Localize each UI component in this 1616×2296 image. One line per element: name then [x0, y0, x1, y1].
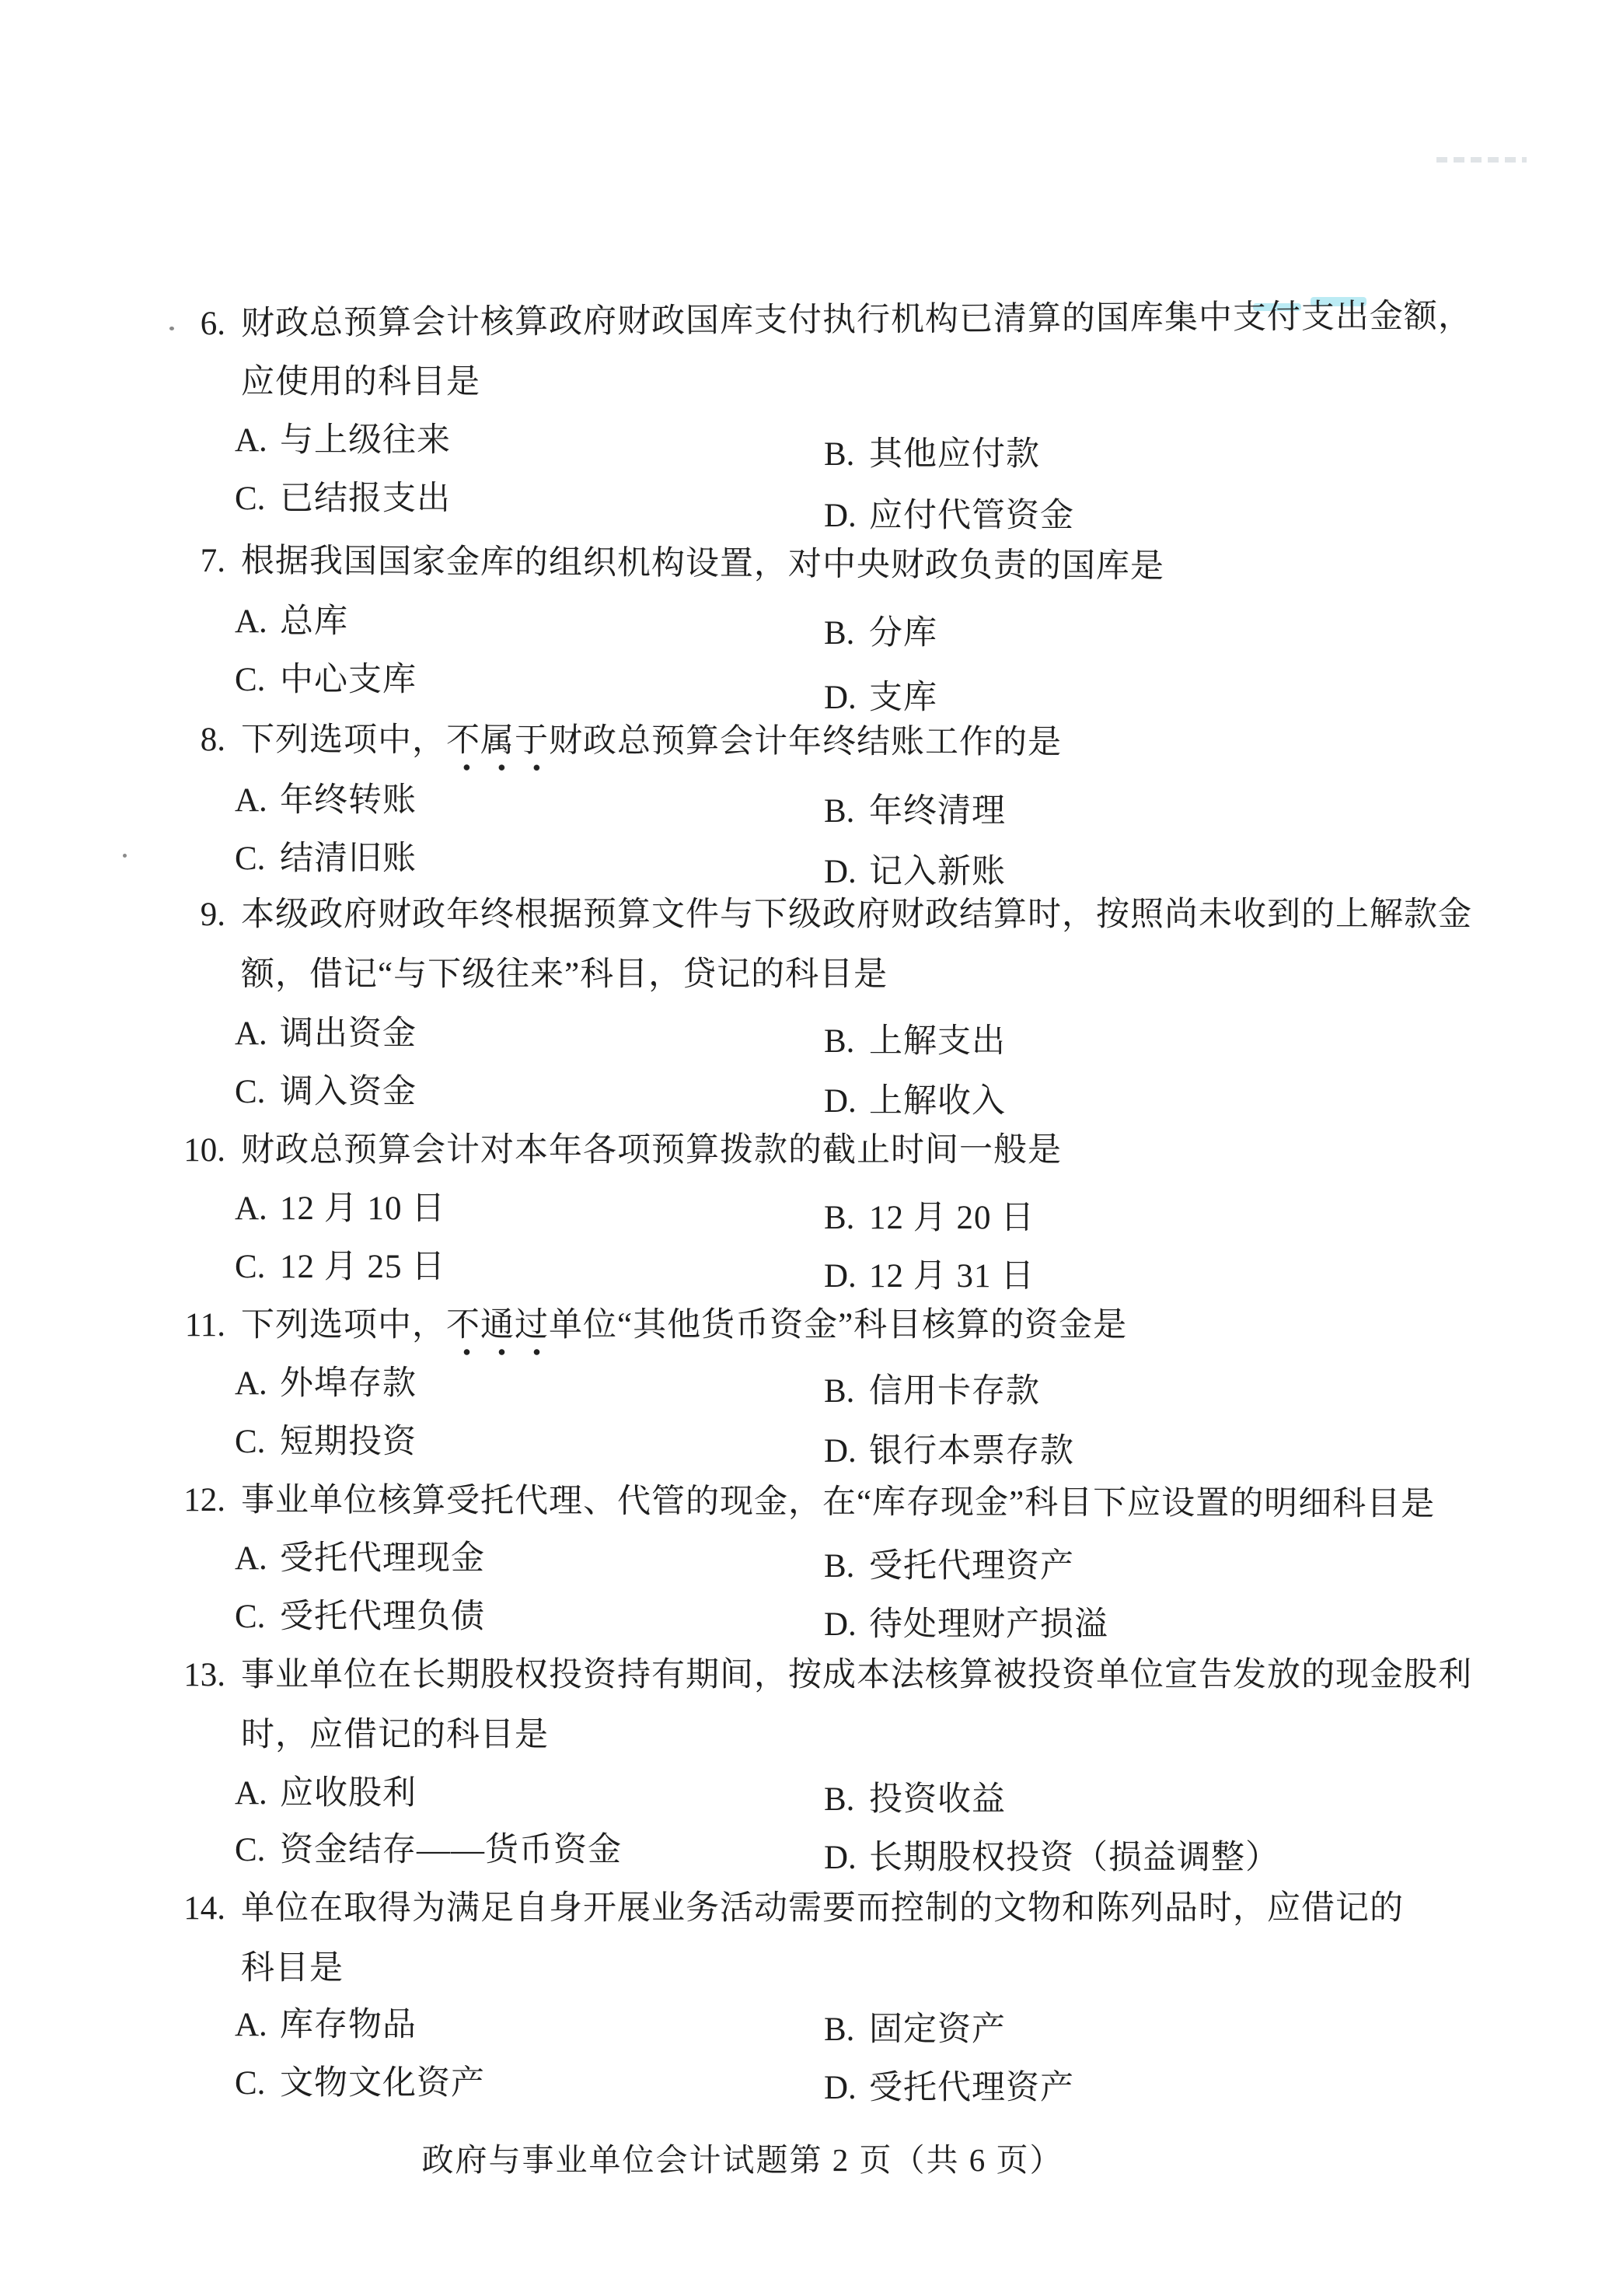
option-text: 文物文化资产 [280, 2065, 485, 2102]
question-8-number: 8. [134, 723, 225, 757]
question-10-line-1: 财政总预算会计对本年各项预算拨款的截止时间一般是 [241, 1134, 1062, 1167]
option-text: 调出资金 [280, 1015, 417, 1052]
option-text: 投资收益 [869, 1781, 1006, 1818]
question-6-line-1: 财政总预算会计核算政府财政国库支付执行机构已清算的国库集中支付支出金额， [241, 299, 1472, 341]
option-text: 年终转账 [280, 782, 417, 819]
option-text: 受托代理资产 [869, 1548, 1074, 1585]
option-label: B. [824, 617, 869, 650]
question-text-emphasized: 不通过 [446, 1307, 549, 1356]
question-11-option-c: C.短期投资 [235, 1425, 417, 1459]
question-14-number: 14. [134, 1892, 225, 1925]
option-text: 调入资金 [280, 1074, 417, 1110]
option-label: A. [235, 1367, 280, 1400]
option-label: C. [235, 1075, 280, 1109]
option-label: C. [235, 842, 280, 875]
option-label: C. [235, 2067, 280, 2100]
option-label: D. [824, 1435, 869, 1468]
question-12-option-b: B.受托代理资产 [824, 1550, 1074, 1583]
option-label: D. [824, 1841, 869, 1875]
option-text: 外埠存款 [280, 1365, 417, 1402]
option-label: B. [824, 795, 869, 828]
option-text: 中心支库 [280, 662, 417, 698]
question-6-number: 6. [134, 307, 225, 341]
question-9-option-d: D.上解收入 [824, 1085, 1006, 1118]
option-text: 与上级往来 [280, 422, 451, 459]
option-text: 其他应付款 [869, 436, 1040, 473]
question-13-line-1: 事业单位在长期股权投资持有期间，按成本法核算被投资单位宣告发放的现金股利 [241, 1658, 1472, 1692]
option-label: B. [824, 1375, 869, 1408]
question-8-option-b: B.年终清理 [824, 795, 1006, 828]
question-13-option-b: B.投资收益 [824, 1783, 1006, 1816]
question-7-number: 7. [134, 544, 225, 578]
option-label: A. [235, 1017, 280, 1050]
option-text: 长期股权投资（损益调整） [869, 1840, 1279, 1876]
option-label: D. [824, 499, 869, 533]
question-6-option-c: C.已结报支出 [235, 482, 451, 515]
question-text-emphasized: 不属于 [446, 722, 549, 771]
question-6-option-d: D.应付代管资金 [824, 499, 1074, 533]
question-7-option-b: B.分库 [824, 617, 937, 650]
question-13-option-d: D.长期股权投资（损益调整） [824, 1841, 1279, 1875]
option-text: 已结报支出 [280, 481, 451, 517]
option-text: 上解支出 [869, 1023, 1006, 1060]
option-label: D. [824, 2071, 869, 2105]
option-label: C. [235, 1600, 280, 1634]
question-12-number: 12. [134, 1483, 225, 1517]
question-13-number: 13. [134, 1658, 225, 1692]
question-10-option-b: B.12 月 20 日 [824, 1201, 1035, 1235]
option-text: 信用卡存款 [869, 1373, 1040, 1410]
question-10-number: 10. [134, 1134, 225, 1167]
question-7-option-c: C.中心支库 [235, 663, 417, 697]
question-text: 下列选项中， [241, 722, 446, 759]
option-label: A. [235, 1192, 280, 1225]
option-label: B. [824, 1783, 869, 1816]
question-text: 单位“其他货币资金”科目核算的资金是 [549, 1307, 1127, 1344]
option-label: A. [235, 605, 280, 638]
scan-speck [123, 854, 127, 858]
question-14-line-1: 单位在取得为满足自身开展业务活动需要而控制的文物和陈列品时，应借记的 [241, 1892, 1404, 1925]
question-7-option-a: A.总库 [235, 605, 348, 638]
option-text: 记入新账 [869, 854, 1006, 890]
page-footer: 政府与事业单位会计试题第 2 页（共 6 页） [0, 2134, 1485, 2180]
option-label: D. [824, 1085, 869, 1118]
option-text: 受托代理现金 [280, 1540, 485, 1577]
option-label: B. [824, 1025, 869, 1058]
question-7-option-d: D.支库 [824, 681, 937, 715]
option-label: C. [235, 1425, 280, 1459]
option-label: B. [824, 438, 869, 471]
option-label: B. [824, 2013, 869, 2046]
question-9-option-b: B.上解支出 [824, 1025, 1006, 1058]
question-11-option-d: D.银行本票存款 [824, 1435, 1074, 1468]
option-text: 待处理财产损溢 [869, 1606, 1108, 1643]
question-9-option-a: A.调出资金 [235, 1017, 417, 1050]
question-9-line-1: 本级政府财政年终根据预算文件与下级政府财政结算时，按照尚未收到的上解款金 [241, 898, 1472, 931]
exam-page: 6. 财政总预算会计核算政府财政国库支付执行机构已清算的国库集中支付支出金额， … [0, 0, 1616, 2296]
question-14-option-a: A.库存物品 [235, 2008, 417, 2042]
option-text: 12 月 31 日 [869, 1258, 1035, 1295]
question-13-option-a: A.应收股利 [235, 1777, 417, 1810]
question-6-option-a: A.与上级往来 [235, 424, 451, 457]
question-13-option-c: C.资金结存——货币资金 [235, 1833, 622, 1867]
option-text: 支库 [869, 680, 937, 716]
question-10-option-a: A.12 月 10 日 [235, 1192, 445, 1225]
question-11-line-1: 下列选项中，不通过单位“其他货币资金”科目核算的资金是 [241, 1309, 1127, 1342]
option-text: 银行本票存款 [869, 1433, 1074, 1470]
option-text: 资金结存——货币资金 [280, 1832, 622, 1868]
option-text: 受托代理负债 [280, 1599, 485, 1635]
question-12-option-a: A.受托代理现金 [235, 1542, 485, 1575]
question-text: 下列选项中， [241, 1307, 446, 1344]
option-text: 固定资产 [869, 2011, 1006, 2048]
option-text: 上解收入 [869, 1083, 1006, 1120]
option-text: 12 月 20 日 [869, 1200, 1035, 1236]
option-label: C. [235, 482, 280, 515]
option-label: D. [824, 1608, 869, 1641]
question-11-option-a: A.外埠存款 [235, 1367, 417, 1400]
option-label: C. [235, 663, 280, 697]
option-label: A. [235, 2008, 280, 2042]
question-11-option-b: B.信用卡存款 [824, 1375, 1040, 1408]
option-text: 总库 [280, 603, 348, 640]
question-text: 财政总预算会计年终结账工作的是 [549, 722, 1062, 760]
option-text: 短期投资 [280, 1424, 417, 1460]
option-label: A. [235, 1542, 280, 1575]
option-label: D. [824, 1260, 869, 1293]
option-label: D. [824, 855, 869, 889]
question-14-line-2: 科目是 [241, 1952, 344, 1985]
option-text: 受托代理资产 [869, 2070, 1074, 2106]
question-14-option-c: C.文物文化资产 [235, 2067, 485, 2100]
option-label: A. [235, 1777, 280, 1810]
option-label: A. [235, 784, 280, 817]
option-label: A. [235, 424, 280, 457]
option-text: 结清旧账 [280, 840, 417, 877]
question-8-option-c: C.结清旧账 [235, 842, 417, 875]
question-8-option-a: A.年终转账 [235, 784, 417, 817]
question-9-line-2: 额，借记“与下级往来”科目，贷记的科目是 [241, 958, 888, 991]
question-10-option-c: C.12 月 25 日 [235, 1250, 445, 1284]
question-12-line-1: 事业单位核算受托代理、代管的现金，在“库存现金”科目下应设置的明细科目是 [241, 1483, 1435, 1521]
question-9-number: 9. [134, 898, 225, 931]
question-12-option-d: D.待处理财产损溢 [824, 1608, 1108, 1641]
option-text: 库存物品 [280, 2007, 417, 2043]
question-7-line-1: 根据我国国家金库的组织机构设置，对中央财政负责的国库是 [241, 544, 1164, 583]
option-label: D. [824, 681, 869, 715]
option-text: 12 月 10 日 [280, 1190, 445, 1227]
option-text: 应付代管资金 [869, 498, 1074, 534]
question-11-number: 11. [134, 1309, 225, 1342]
scan-artifact [1436, 157, 1527, 163]
question-9-option-c: C.调入资金 [235, 1075, 417, 1109]
question-10-option-d: D.12 月 31 日 [824, 1260, 1035, 1293]
option-text: 年终清理 [869, 793, 1006, 830]
option-text: 分库 [869, 615, 937, 652]
option-label: C. [235, 1833, 280, 1867]
option-text: 12 月 25 日 [280, 1249, 445, 1285]
question-8-line-1: 下列选项中，不属于财政总预算会计年终结账工作的是 [241, 723, 1062, 760]
question-14-option-b: B.固定资产 [824, 2013, 1006, 2046]
option-text: 应收股利 [280, 1775, 417, 1812]
question-13-line-2: 时，应借记的科目是 [241, 1718, 549, 1752]
question-6-line-2: 应使用的科目是 [241, 365, 480, 399]
question-14-option-d: D.受托代理资产 [824, 2071, 1074, 2105]
option-label: B. [824, 1550, 869, 1583]
option-label: C. [235, 1250, 280, 1284]
question-12-option-c: C.受托代理负债 [235, 1600, 485, 1634]
option-label: B. [824, 1201, 869, 1235]
question-6-option-b: B.其他应付款 [824, 438, 1040, 471]
question-8-option-d: D.记入新账 [824, 855, 1006, 889]
